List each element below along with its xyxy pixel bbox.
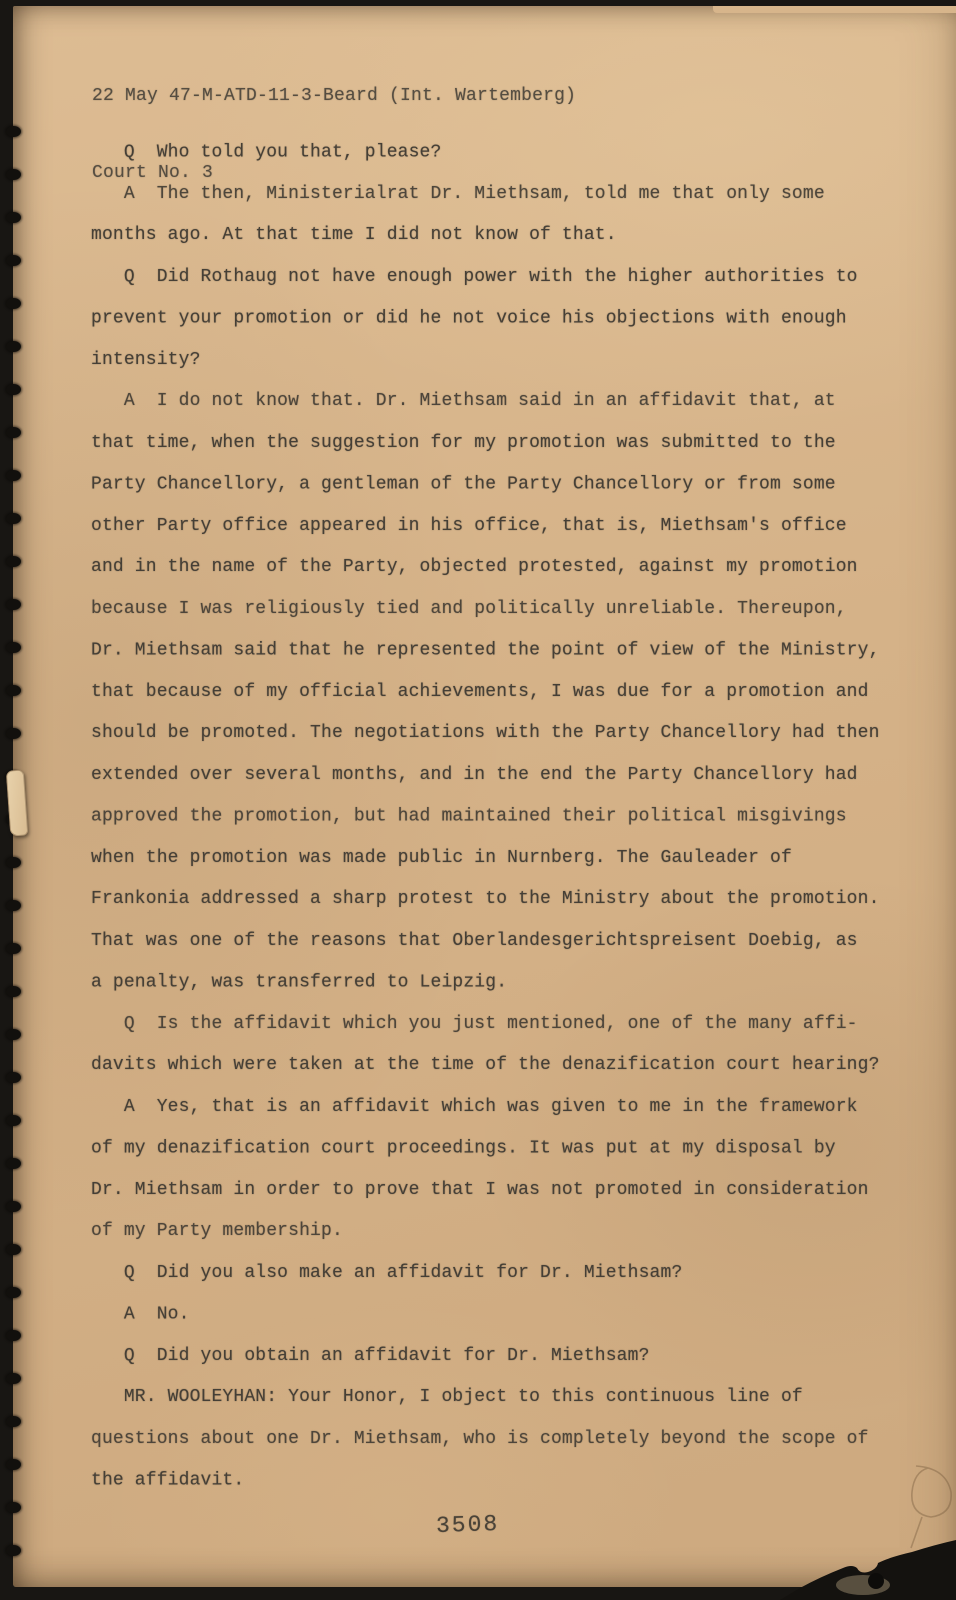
transcript-line: that because of my official achievements…	[91, 672, 911, 714]
binding-hole-icon	[6, 685, 21, 696]
transcript-line: A The then, Ministerialrat Dr. Miethsam,…	[91, 174, 911, 216]
transcript-line: A Yes, that is an affidavit which was gi…	[91, 1087, 911, 1129]
binding-hole-icon	[6, 298, 21, 309]
paper-top-edge	[713, 6, 956, 13]
scanned-page: 22 May 47-M-ATD-11-3-Beard (Int. Wartemb…	[0, 0, 956, 1600]
binding-hole-icon	[6, 900, 21, 911]
transcript-body: Q Who told you that, please? A The then,…	[91, 132, 911, 1502]
binding-hole-icon	[6, 599, 21, 610]
transcript-line: Q Did Rothaug not have enough power with…	[91, 257, 911, 299]
transcript-line: Q Did you also make an affidavit for Dr.…	[91, 1253, 911, 1295]
binding-hole-icon	[6, 1330, 21, 1341]
binding-hole-icon	[6, 1201, 21, 1212]
transcript-line: MR. WOOLEYHAN: Your Honor, I object to t…	[91, 1377, 911, 1419]
binding-hole-icon	[6, 255, 21, 266]
transcript-line: Frankonia addressed a sharp protest to t…	[91, 879, 911, 921]
transcript-line: Dr. Miethsam in order to prove that I wa…	[91, 1170, 911, 1212]
transcript-line: that time, when the suggestion for my pr…	[91, 423, 911, 465]
scan-background: { "document": { "header": { "line1": "22…	[0, 0, 956, 1600]
document-page: 22 May 47-M-ATD-11-3-Beard (Int. Wartemb…	[13, 6, 956, 1587]
transcript-line: approved the promotion, but had maintain…	[91, 797, 911, 839]
binding-hole-icon	[6, 513, 21, 524]
header-date-line: 22 May 47-M-ATD-11-3-Beard (Int. Wartemb…	[92, 84, 576, 110]
transcript-line: extended over several months, and in the…	[91, 755, 911, 797]
transcript-line: months ago. At that time I did not know …	[91, 215, 911, 257]
binding-hole-icon	[6, 1459, 21, 1470]
binding-hole-icon	[6, 1029, 21, 1040]
transcript-line: and in the name of the Party, objected p…	[91, 547, 911, 589]
binding-hole-icon	[6, 1545, 21, 1556]
transcript-line: Q Is the affidavit which you just mentio…	[91, 1004, 911, 1046]
transcript-line: should be promoted. The negotiations wit…	[91, 713, 911, 755]
transcript-line: That was one of the reasons that Oberlan…	[91, 921, 911, 963]
binding-hole-icon	[6, 169, 21, 180]
transcript-line: of my Party membership.	[91, 1211, 911, 1253]
transcript-line: A I do not know that. Dr. Miethsam said …	[91, 381, 911, 423]
page-number: 3508	[436, 1511, 500, 1539]
transcript-line: intensity?	[91, 340, 911, 382]
binding-hole-icon	[6, 857, 21, 868]
transcript-line: davits which were taken at the time of t…	[91, 1045, 911, 1087]
binding-hole-icon	[6, 212, 21, 223]
transcript-line: A No.	[91, 1295, 911, 1337]
transcript-line: Q Who told you that, please?	[91, 133, 911, 175]
binding-hole-icon	[6, 384, 21, 395]
binding-hole-icon	[6, 1244, 21, 1255]
transcript-line: because I was religiously tied and polit…	[91, 589, 911, 631]
binding-hole-icon	[6, 1072, 21, 1083]
transcript-line: Dr. Miethsam said that he represented th…	[91, 631, 911, 673]
transcript-line: the affidavit.	[91, 1461, 911, 1503]
transcript-line: Party Chancellory, a gentleman of the Pa…	[91, 465, 911, 507]
binding-hole-icon	[6, 1373, 21, 1384]
binding-hole-icon	[6, 556, 21, 567]
transcript-line: Q Did you obtain an affidavit for Dr. Mi…	[91, 1336, 911, 1378]
binding-hole-icon	[6, 943, 21, 954]
transcript-line: when the promotion was made public in Nu…	[91, 838, 911, 880]
binding-hole-icon	[6, 1502, 21, 1513]
binding-hole-icon	[6, 341, 21, 352]
binding-hole-icon	[6, 470, 21, 481]
transcript-line: of my denazification court proceedings. …	[91, 1129, 911, 1171]
transcript-line: questions about one Dr. Miethsam, who is…	[91, 1419, 911, 1461]
binding-hole-icon	[6, 642, 21, 653]
binding-hole-icon	[6, 427, 21, 438]
binding-hole-icon	[6, 1158, 21, 1169]
binding-hole-icon	[6, 126, 21, 137]
binding-hole-icon	[6, 1416, 21, 1427]
binding-hole-icon	[6, 986, 21, 997]
transcript-line: other Party office appeared in his offic…	[91, 506, 911, 548]
binding-hole-icon	[6, 1287, 21, 1298]
binding-hole-icon	[6, 728, 21, 739]
binding-hole-icon	[6, 1115, 21, 1126]
transcript-line: prevent your promotion or did he not voi…	[91, 299, 911, 341]
transcript-line: a penalty, was transferred to Leipzig.	[91, 963, 911, 1005]
